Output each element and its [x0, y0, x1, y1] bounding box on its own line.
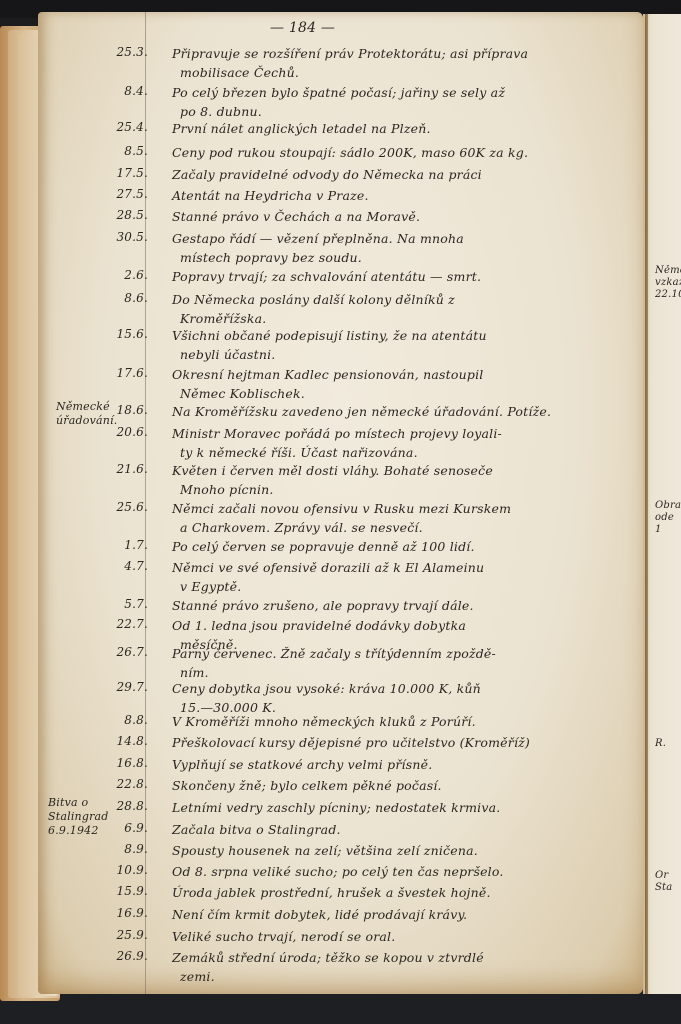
- next-page-note-line: vzkaz: [655, 277, 681, 289]
- entry-date: 8.9.: [92, 842, 148, 856]
- entry-line: Letními vedry zaschly pícniny; nedostate…: [172, 799, 622, 818]
- entry-date: 25.6.: [92, 500, 148, 514]
- entry-text: Skončeny žně; bylo celkem pěkné počasí.: [172, 777, 622, 796]
- entry-line: Němci začali novou ofensivu v Rusku mezi…: [172, 500, 622, 519]
- entry-line: Po celý červen se popravuje denně až 100…: [172, 538, 622, 557]
- entry-line: Němci ve své ofensivě dorazili až k El A…: [172, 559, 622, 578]
- entry-line: Skončeny žně; bylo celkem pěkné počasí.: [172, 777, 622, 796]
- entry-text: Gestapo řádí — vězení přeplněna. Na mnoh…: [172, 230, 622, 267]
- entry-text: Přeškolovací kursy dějepisné pro učitels…: [172, 734, 622, 753]
- entry-line: nebyli účastni.: [172, 346, 622, 365]
- entry-date: 2.6.: [92, 268, 148, 282]
- entry-line: Vyplňují se statkové archy velmi přísně.: [172, 756, 622, 775]
- entry-text: Všichni občané podepisují listiny, že na…: [172, 327, 622, 364]
- entry-line: Stanné právo v Čechách a na Moravě.: [172, 208, 622, 227]
- entry-text: Ministr Moravec pořádá po místech projev…: [172, 425, 622, 462]
- entry-line: Na Kroměřížsku zavedeno jen německé úřad…: [172, 403, 622, 422]
- next-page-note-line: R.: [655, 738, 681, 750]
- entry-date: 30.5.: [92, 230, 148, 244]
- entry-text: Úroda jablek prostřední, hrušek a šveste…: [172, 884, 622, 903]
- entry-line: Parný červenec. Žně začaly s třítýdenním…: [172, 645, 622, 664]
- entry-text: Okresní hejtman Kadlec pensionován, nast…: [172, 366, 622, 403]
- entry-text: Letními vedry zaschly pícniny; nedostate…: [172, 799, 622, 818]
- entry-date: 1.7.: [92, 538, 148, 552]
- next-page-note-line: Or: [655, 870, 681, 882]
- entry-line: V Kroměříži mnoho německých kluků z Porú…: [172, 713, 622, 732]
- entry-line: místech popravy bez soudu.: [172, 249, 622, 268]
- entry-line: mobilisace Čechů.: [172, 64, 622, 83]
- entry-line: Gestapo řádí — vězení přeplněna. Na mnoh…: [172, 230, 622, 249]
- next-page-note-line: ode: [655, 512, 681, 524]
- margin-note-line: 6.9.1942: [48, 824, 109, 838]
- margin-note-line: Stalingrad: [48, 810, 109, 824]
- entry-date: 10.9.: [92, 863, 148, 877]
- entry-date: 16.9.: [92, 906, 148, 920]
- entry-date: 15.9.: [92, 884, 148, 898]
- entry-date: 25.4.: [92, 120, 148, 134]
- entry-text: Popravy trvají; za schvalování atentátu …: [172, 268, 622, 287]
- entry-line: Květen i červen měl dosti vláhy. Bohaté …: [172, 462, 622, 481]
- entry-text: Po celý červen se popravuje denně až 100…: [172, 538, 622, 557]
- entry-text: Parný červenec. Žně začaly s třítýdenním…: [172, 645, 622, 682]
- entry-date: 8.6.: [92, 291, 148, 305]
- entry-date: 14.8.: [92, 734, 148, 748]
- entry-line: Přeškolovací kursy dějepisné pro učitels…: [172, 734, 622, 753]
- entry-text: Připravuje se rozšíření práv Protektorát…: [172, 45, 622, 82]
- entry-text: Zemáků střední úroda; těžko se kopou v z…: [172, 949, 622, 986]
- entry-line: zemi.: [172, 968, 622, 987]
- entry-text: První nálet anglických letadel na Plzeň.: [172, 120, 622, 139]
- entry-line: Od 8. srpna veliké sucho; po celý ten ča…: [172, 863, 622, 882]
- entry-line: a Charkovem. Zprávy vál. se nesvečí.: [172, 519, 622, 538]
- entry-line: Ceny dobytka jsou vysoké: kráva 10.000 K…: [172, 680, 622, 699]
- entry-text: Veliké sucho trvají, nerodí se oral.: [172, 928, 622, 947]
- entry-line: Mnoho pícnin.: [172, 481, 622, 500]
- entry-date: 15.6.: [92, 327, 148, 341]
- next-page-note-line: Sta: [655, 882, 681, 894]
- entry-text: V Kroměříži mnoho německých kluků z Porú…: [172, 713, 622, 732]
- entry-date: 5.7.: [92, 597, 148, 611]
- entry-date: 4.7.: [92, 559, 148, 573]
- entry-text: Atentát na Heydricha v Praze.: [172, 187, 622, 206]
- entry-line: Spousty housenek na zelí; většina zelí z…: [172, 842, 622, 861]
- entry-text: Ceny dobytka jsou vysoké: kráva 10.000 K…: [172, 680, 622, 717]
- next-page-note-line: 1: [655, 524, 681, 536]
- entry-date: 25.3.: [92, 45, 148, 59]
- entry-line: Není čím krmit dobytek, lidé prodávají k…: [172, 906, 622, 925]
- entry-line: Ministr Moravec pořádá po místech projev…: [172, 425, 622, 444]
- entry-line: Připravuje se rozšíření práv Protektorát…: [172, 45, 622, 64]
- entry-line: Němec Koblischek.: [172, 385, 622, 404]
- next-page-note-line: Obrat: [655, 500, 681, 512]
- margin-note-line: úřadování.: [56, 414, 117, 428]
- entry-line: Ceny pod rukou stoupají: sádlo 200K, mas…: [172, 144, 622, 163]
- entry-date: 8.5.: [92, 144, 148, 158]
- margin-note-line: Bitva o: [48, 796, 109, 810]
- entry-date: 22.8.: [92, 777, 148, 791]
- entry-text: Stanné právo zrušeno, ale popravy trvají…: [172, 597, 622, 616]
- entry-line: Po celý březen bylo špatné počasí; jařin…: [172, 84, 622, 103]
- entry-date: 8.8.: [92, 713, 148, 727]
- entry-line: Popravy trvají; za schvalování atentátu …: [172, 268, 622, 287]
- entry-date: 17.6.: [92, 366, 148, 380]
- entry-line: Zemáků střední úroda; těžko se kopou v z…: [172, 949, 622, 968]
- entry-date: 26.7.: [92, 645, 148, 659]
- entry-line: Atentát na Heydricha v Praze.: [172, 187, 622, 206]
- next-page-note: OrSta: [655, 870, 681, 894]
- entry-line: Kroměřížska.: [172, 310, 622, 329]
- margin-note: Německéúřadování.: [56, 400, 117, 428]
- margin-note: Bitva oStalingrad6.9.1942: [48, 796, 109, 838]
- entry-line: ty k německé říši. Účast nařizována.: [172, 444, 622, 463]
- next-page-note-line: 22.10: [655, 289, 681, 301]
- entry-text: Spousty housenek na zelí; většina zelí z…: [172, 842, 622, 861]
- entry-text: Na Kroměřížsku zavedeno jen německé úřad…: [172, 403, 622, 422]
- margin-note-line: Německé: [56, 400, 117, 414]
- entry-line: Okresní hejtman Kadlec pensionován, nast…: [172, 366, 622, 385]
- entry-date: 21.6.: [92, 462, 148, 476]
- entry-line: Začaly pravidelné odvody do Německa na p…: [172, 166, 622, 185]
- entry-text: Němci ve své ofensivě dorazili až k El A…: [172, 559, 622, 596]
- entry-line: Do Německa poslány další kolony dělníků …: [172, 291, 622, 310]
- entry-date: 29.7.: [92, 680, 148, 694]
- entry-line: po 8. dubnu.: [172, 103, 622, 122]
- next-page-note: Němevzkaz22.10: [655, 265, 681, 301]
- entry-text: Do Německa poslány další kolony dělníků …: [172, 291, 622, 328]
- entry-text: Po celý březen bylo špatné počasí; jařin…: [172, 84, 622, 121]
- entry-text: Květen i červen měl dosti vláhy. Bohaté …: [172, 462, 622, 499]
- next-page-note-line: Něme: [655, 265, 681, 277]
- next-page-note: Obratode1: [655, 500, 681, 536]
- entry-date: 25.9.: [92, 928, 148, 942]
- entry-text: Ceny pod rukou stoupají: sádlo 200K, mas…: [172, 144, 622, 163]
- entry-line: Veliké sucho trvají, nerodí se oral.: [172, 928, 622, 947]
- entry-date: 16.8.: [92, 756, 148, 770]
- entry-text: Začaly pravidelné odvody do Německa na p…: [172, 166, 622, 185]
- entry-line: První nálet anglických letadel na Plzeň.: [172, 120, 622, 139]
- entry-line: Stanné právo zrušeno, ale popravy trvají…: [172, 597, 622, 616]
- entry-text: Není čím krmit dobytek, lidé prodávají k…: [172, 906, 622, 925]
- entry-line: Od 1. ledna jsou pravidelné dodávky doby…: [172, 617, 622, 636]
- entry-date: 22.7.: [92, 617, 148, 631]
- entry-date: 8.4.: [92, 84, 148, 98]
- entry-text: Vyplňují se statkové archy velmi přísně.: [172, 756, 622, 775]
- entry-line: Všichni občané podepisují listiny, že na…: [172, 327, 622, 346]
- entry-date: 17.5.: [92, 166, 148, 180]
- entry-line: Začala bitva o Stalingrad.: [172, 821, 622, 840]
- page-number: — 184 —: [270, 20, 335, 36]
- entry-text: Stanné právo v Čechách a na Moravě.: [172, 208, 622, 227]
- next-page-note: R.: [655, 738, 681, 750]
- entry-text: Začala bitva o Stalingrad.: [172, 821, 622, 840]
- entry-date: 27.5.: [92, 187, 148, 201]
- entry-date: 26.9.: [92, 949, 148, 963]
- entry-line: v Egyptě.: [172, 578, 622, 597]
- entry-text: Od 8. srpna veliké sucho; po celý ten ča…: [172, 863, 622, 882]
- entry-line: Úroda jablek prostřední, hrušek a šveste…: [172, 884, 622, 903]
- book-gutter: [645, 14, 648, 994]
- entry-text: Němci začali novou ofensivu v Rusku mezi…: [172, 500, 622, 537]
- entry-date: 28.5.: [92, 208, 148, 222]
